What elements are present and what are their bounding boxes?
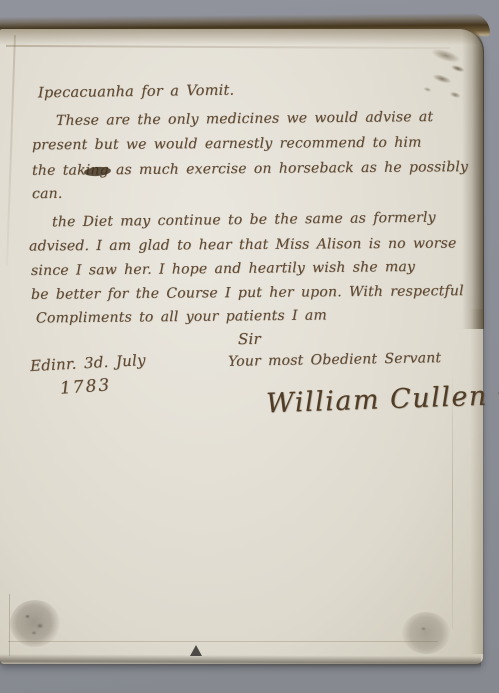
dateline-year: 1783 [59, 376, 111, 398]
manuscript-line: advised. I am glad to hear that Miss Ali… [29, 237, 457, 255]
left-crease [6, 35, 16, 265]
signature-name: William Cullen [266, 381, 489, 420]
manuscript-line: Compliments to all your patients I am [36, 308, 327, 326]
right-fold-crease [452, 379, 453, 629]
manuscript-page: Ipecacuanha for a Vomit. These are the o… [0, 29, 483, 664]
seal-show-through-right [402, 612, 450, 654]
manuscript-line: These are the only medicines we would ad… [56, 110, 433, 129]
dateline-place: Edinr. 3d. July [30, 352, 146, 375]
manuscript-line: Ipecacuanha for a Vomit. [38, 84, 234, 103]
photograph-backdrop: Ipecacuanha for a Vomit. These are the o… [0, 0, 499, 693]
top-crease [6, 45, 450, 49]
bottom-crease [8, 641, 438, 642]
salutation: Sir [238, 331, 261, 348]
bottom-edge-notch [190, 645, 202, 656]
manuscript-line: be better for the Course I put her upon.… [31, 284, 464, 303]
torn-bottom-edge [0, 654, 481, 668]
signature: William Cullen— [266, 379, 499, 420]
manuscript-line: since I saw her. I hope and heartily wis… [31, 260, 415, 279]
manuscript-line: the Diet may continue to be the same as … [52, 211, 436, 231]
valediction: Your most Obedient Servant [228, 351, 442, 370]
manuscript-line: present but we would earnestly recommend… [32, 136, 422, 154]
seal-show-through-left [10, 600, 60, 647]
manuscript-line: can. [32, 187, 63, 203]
worn-fore-edge-lower [470, 309, 484, 654]
